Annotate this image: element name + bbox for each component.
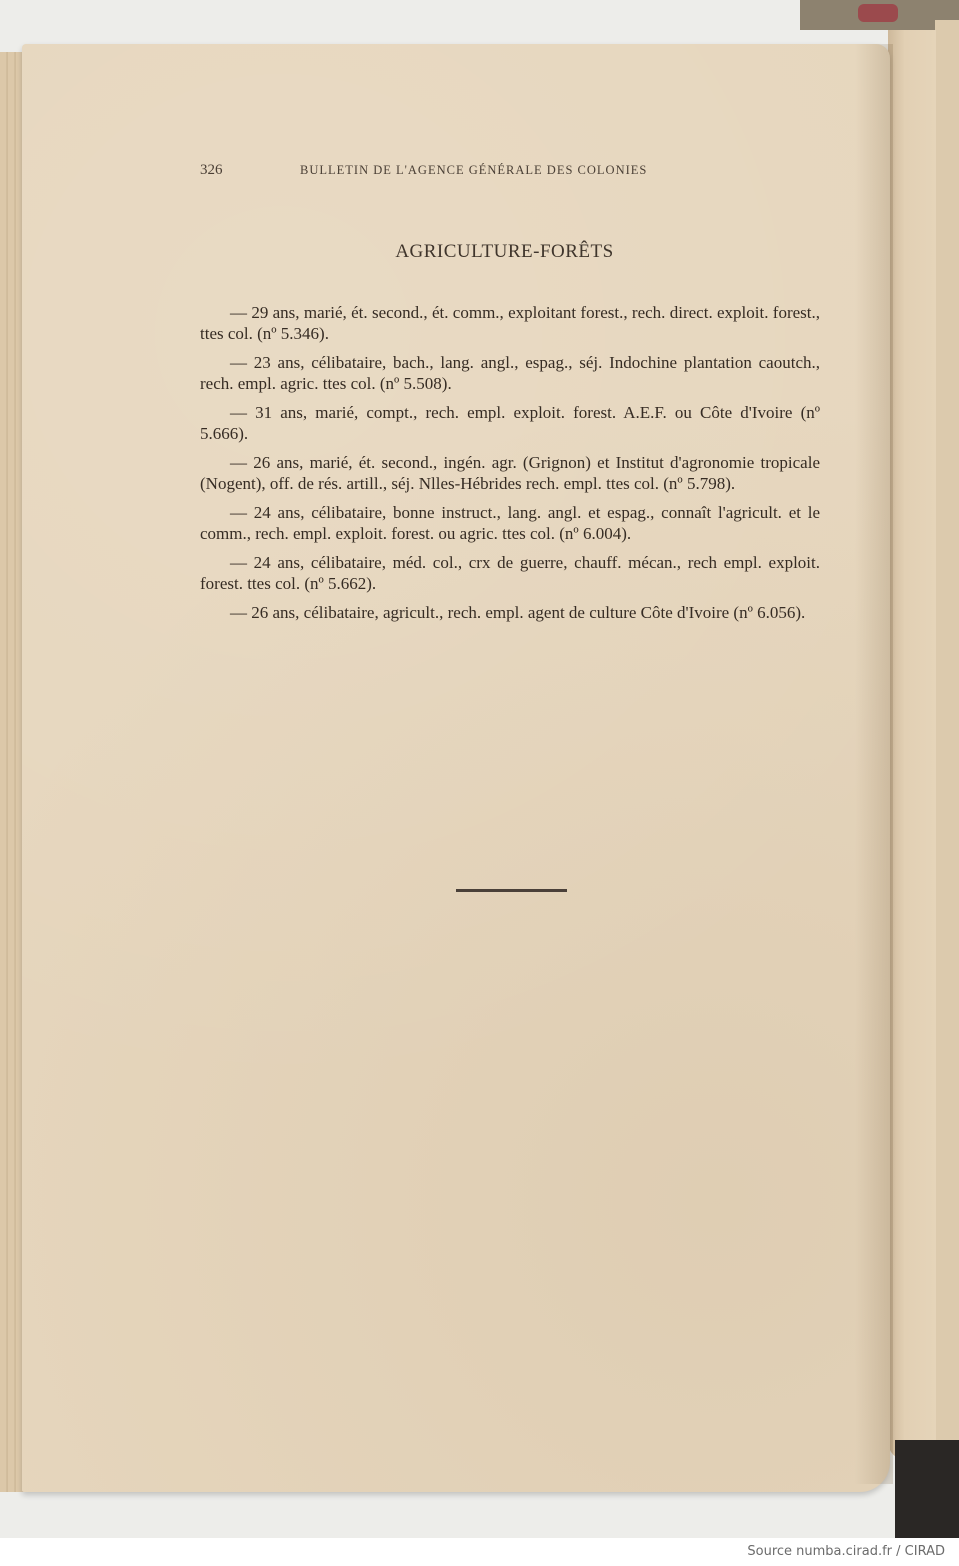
source-credit: Source numba.cirad.fr / CIRAD — [747, 1544, 945, 1559]
journal-title: BULLETIN DE L'AGENCE GÉNÉRALE DES COLONI… — [300, 163, 647, 178]
running-head: 326 BULLETIN DE L'AGENCE GÉNÉRALE DES CO… — [200, 162, 720, 182]
entry: — 24 ans, célibataire, bonne instruct., … — [200, 502, 820, 544]
book-cover-corner — [895, 1440, 959, 1538]
page-number: 326 — [200, 162, 223, 179]
entry: — 26 ans, célibataire, agricult., rech. … — [200, 602, 820, 623]
entry: — 24 ans, célibataire, méd. col., crx de… — [200, 552, 820, 594]
classified-entries: — 29 ans, marié, ét. second., ét. comm.,… — [200, 302, 820, 631]
entry: — 29 ans, marié, ét. second., ét. comm.,… — [200, 302, 820, 344]
section-end-rule — [456, 889, 567, 892]
bookmark-ribbon — [858, 4, 898, 22]
entry: — 26 ans, marié, ét. second., ingén. agr… — [200, 452, 820, 494]
entry: — 31 ans, marié, compt., rech. empl. exp… — [200, 402, 820, 444]
back-pages-edge — [935, 20, 959, 1440]
entry: — 23 ans, célibataire, bach., lang. angl… — [200, 352, 820, 394]
section-title: AGRICULTURE-FORÊTS — [0, 241, 959, 263]
